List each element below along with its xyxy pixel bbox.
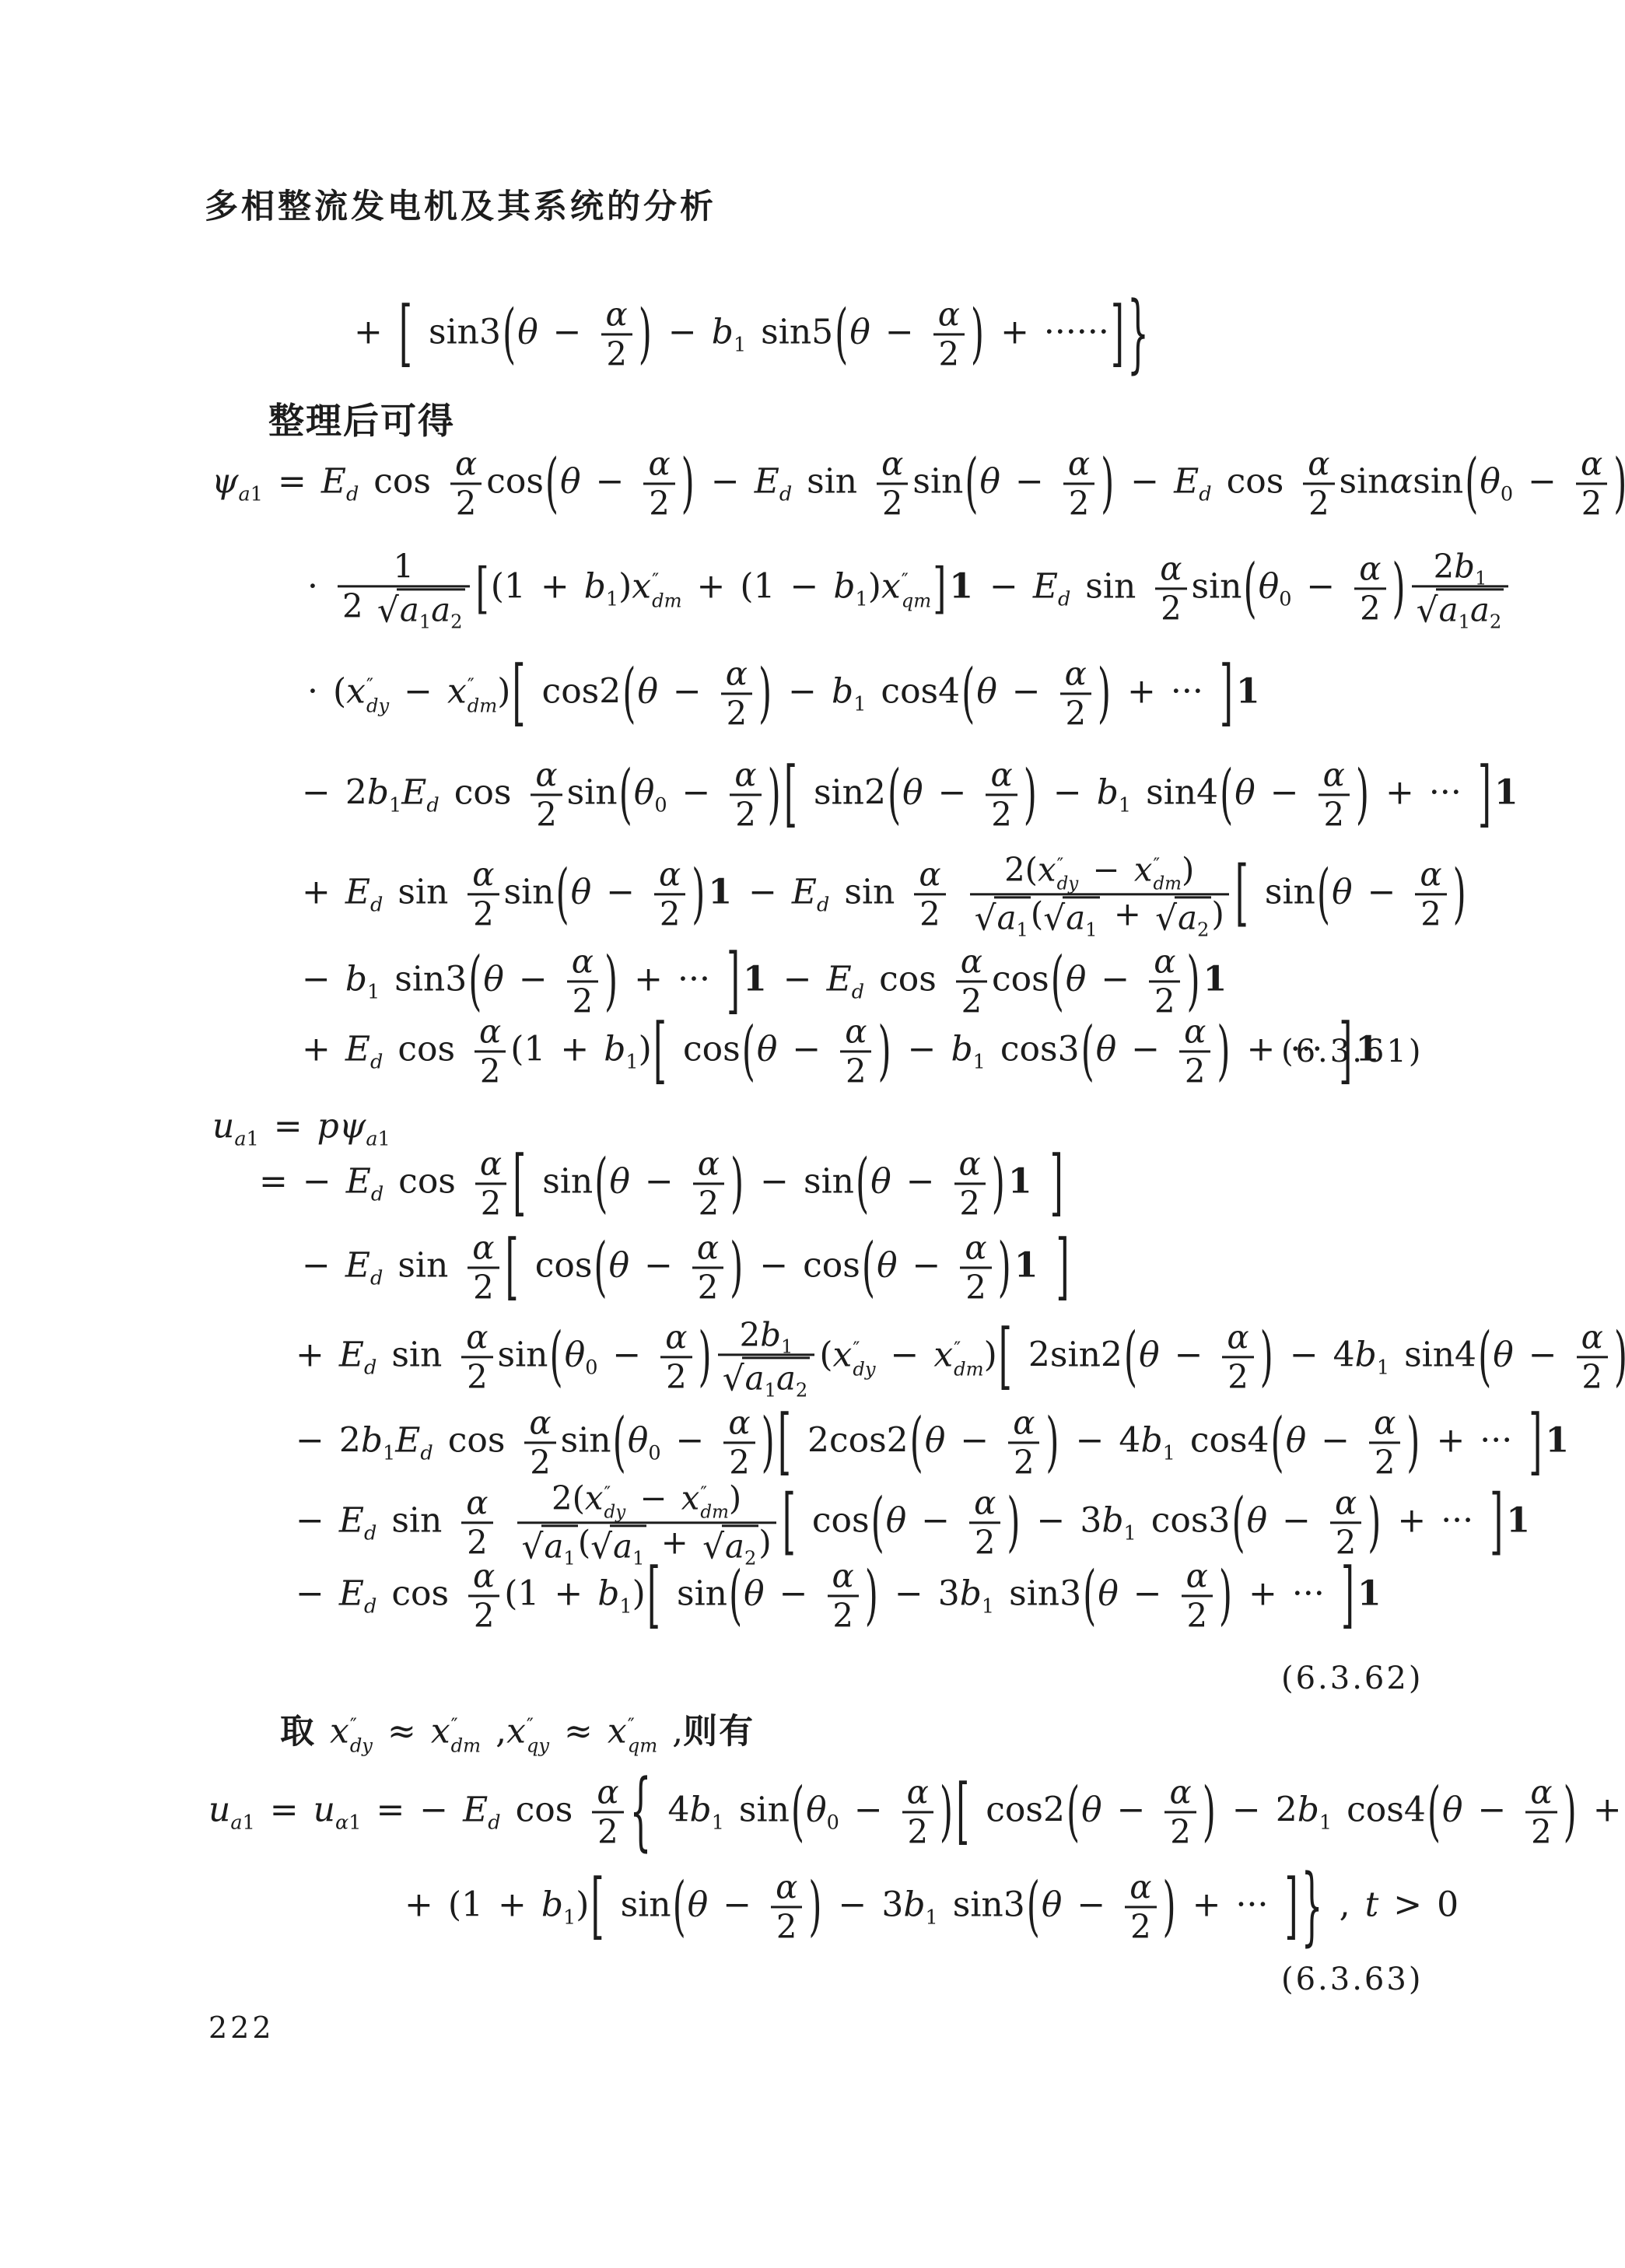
subscript: 1 xyxy=(606,587,618,611)
numerator: α xyxy=(1125,1868,1156,1906)
subscript: d xyxy=(371,1182,383,1206)
math-text: · xyxy=(307,567,333,607)
math-variable: b xyxy=(604,1030,625,1069)
math-text: cos xyxy=(486,462,544,502)
page-number: 222 xyxy=(208,2011,275,2045)
math-text: sin xyxy=(724,1790,790,1830)
subscript: 1 xyxy=(1085,919,1097,941)
subscript: dy xyxy=(604,1503,626,1521)
subscript: dm xyxy=(700,1503,729,1521)
math-text: cos xyxy=(376,1574,464,1614)
denominator: 2 xyxy=(1125,1906,1156,1946)
denominator: 2 xyxy=(461,1522,492,1562)
delimiter: ( xyxy=(501,302,517,367)
delimiter: ) xyxy=(1366,1490,1382,1556)
math-text: 2 xyxy=(1130,1908,1151,1946)
denominator: 2 xyxy=(1063,483,1094,523)
math-text: = xyxy=(255,1790,313,1830)
double-prime: ″ xyxy=(902,572,931,591)
math-variable: E xyxy=(345,1030,370,1069)
math-text: sin xyxy=(606,1885,671,1925)
math-variable: E xyxy=(345,1246,370,1286)
math-text: > 0 xyxy=(1378,1885,1459,1925)
math-variable: θ xyxy=(609,1246,630,1286)
denominator: 2 xyxy=(692,1267,723,1307)
math-text: 2 xyxy=(735,796,756,834)
denominator: 2 xyxy=(592,1811,623,1851)
fraction: α2 xyxy=(1319,756,1350,833)
math-text: 2 xyxy=(907,1813,928,1851)
math-text: cos xyxy=(668,1030,741,1069)
denominator: 2 xyxy=(475,1051,506,1090)
math-text: − xyxy=(591,873,650,912)
math-variable: α xyxy=(845,1012,867,1050)
denominator: 2 xyxy=(468,1267,499,1307)
delimiter: ( xyxy=(1242,556,1259,621)
numerator: α xyxy=(475,1145,506,1182)
fraction: α2 xyxy=(960,1229,991,1306)
math-text: − xyxy=(765,1574,823,1614)
math-variable: b xyxy=(690,1790,712,1830)
numerator: α xyxy=(531,756,562,793)
math-variable: θ xyxy=(877,1246,898,1286)
math-variable: α xyxy=(965,1228,986,1266)
math-text: sin xyxy=(662,1574,727,1614)
math-variable: θ xyxy=(806,1790,827,1830)
math-text: − xyxy=(891,1162,950,1202)
numerator: α xyxy=(468,856,499,893)
unit-step-one: 1 xyxy=(1543,1421,1571,1461)
math-text: 2 xyxy=(649,485,670,523)
running-head: 多相整流发电机及其系统的分析 xyxy=(205,180,716,228)
delimiter: ( xyxy=(592,1235,608,1300)
delimiter: ] xyxy=(931,562,947,616)
fraction: α2 xyxy=(933,296,965,373)
math-text: ≈ xyxy=(373,1711,431,1751)
fraction: α2 xyxy=(524,1404,555,1481)
math-variable: θ xyxy=(1332,873,1353,912)
subscript: d xyxy=(817,893,829,916)
radicand: a1a2 xyxy=(1436,588,1504,628)
math-variable: α xyxy=(648,444,670,482)
numerator: 2b1 xyxy=(718,1316,815,1353)
math-text: − xyxy=(667,773,726,813)
equation-u-a1-line-2: = − Ed cos α2[ sin(θ − α2) − sin(θ − α2)… xyxy=(259,1145,1065,1222)
delimiter: ( xyxy=(1049,949,1066,1014)
subscript: 1 xyxy=(619,1594,632,1618)
math-text: ) xyxy=(984,1335,997,1375)
math-text: (1 + xyxy=(491,567,584,607)
delimiter: ( xyxy=(593,1151,609,1216)
denominator: 2 xyxy=(1222,1356,1253,1396)
math-variable: α xyxy=(1169,1773,1191,1811)
delimiter: ) xyxy=(690,862,706,927)
math-variable: ψ xyxy=(212,462,239,502)
radical: √a1 xyxy=(975,896,1031,937)
math-text: − xyxy=(538,313,597,352)
math-text: cos xyxy=(520,1246,593,1286)
math-variable: α xyxy=(480,1144,502,1182)
subscript: 1 xyxy=(1163,1441,1175,1465)
subscript: qy xyxy=(527,1736,549,1755)
math-text: 2 xyxy=(740,1315,761,1353)
numerator: α xyxy=(1008,1404,1039,1441)
numerator: α xyxy=(730,756,761,793)
math-text: − xyxy=(975,567,1033,607)
subscript: 1 xyxy=(1475,567,1487,590)
fraction: α2 xyxy=(1369,1404,1400,1481)
double-prime: ″ xyxy=(652,572,681,591)
double-prime: ″ xyxy=(700,1484,729,1503)
math-variable: α xyxy=(938,295,960,333)
fraction: α2 xyxy=(877,445,908,522)
subscript: d xyxy=(1058,587,1070,611)
math-variable: b xyxy=(345,960,367,999)
denominator: 2 xyxy=(660,1356,692,1396)
denominator: 2 xyxy=(1060,693,1091,733)
subscript: 1 xyxy=(1124,1521,1136,1545)
numerator: α xyxy=(771,1868,802,1906)
denominator: 2 xyxy=(461,1356,492,1396)
delimiter: ( xyxy=(1230,1490,1246,1556)
equation-psi-a1-line-6: − b1 sin3(θ − α2) + ··· ]1 − Ed cos α2co… xyxy=(302,943,1228,1020)
math-variable: E xyxy=(792,873,817,912)
delimiter: ) xyxy=(728,1235,744,1300)
math-variable: α xyxy=(1359,549,1381,587)
math-text: 2 xyxy=(467,1524,488,1562)
math-text: cos2 xyxy=(971,1790,1065,1830)
delimiter: ) xyxy=(807,1874,823,1940)
equation-psi-a1-line-1: ψa1 = Ed cos α2cos(θ − α2) − Ed sin α2si… xyxy=(212,445,1625,522)
subscript: 1 xyxy=(419,611,431,633)
math-text: ) xyxy=(576,1885,589,1925)
math-variable: E xyxy=(339,1501,364,1541)
math-text: + ··· xyxy=(1178,1885,1284,1925)
denominator: 2 xyxy=(1155,588,1186,628)
fraction: α2 xyxy=(1155,550,1186,627)
math-text: sin xyxy=(383,1246,463,1286)
math-text: 2sin2 xyxy=(1014,1335,1122,1375)
subscript: 1 xyxy=(1016,919,1028,941)
math-text: − xyxy=(945,1421,1003,1461)
math-variable: θ xyxy=(744,1574,765,1614)
math-variable: b xyxy=(597,1574,619,1614)
numerator: α xyxy=(461,1484,492,1521)
math-text: 2 xyxy=(965,1269,986,1307)
delimiter: ) xyxy=(1391,556,1407,621)
numerator: α xyxy=(914,856,945,893)
math-variable: p xyxy=(317,1107,339,1146)
math-text: cos4 xyxy=(866,672,960,712)
unit-step-one: 1 xyxy=(1235,672,1262,712)
math-variable-x-double-prime: x″dm xyxy=(447,670,497,716)
denominator: 2 xyxy=(723,1442,755,1482)
math-variable: b xyxy=(1101,1501,1123,1541)
subscript: 2 xyxy=(450,611,462,633)
delimiter: ) xyxy=(1217,1563,1234,1629)
math-variable: E xyxy=(346,1162,371,1202)
math-text: , xyxy=(1325,1885,1365,1925)
math-variable: b xyxy=(903,1885,925,1925)
denominator: 2 xyxy=(954,1183,986,1223)
numerator: α xyxy=(1155,550,1186,587)
math-text: − xyxy=(1353,873,1411,912)
math-variable: θ xyxy=(609,1162,630,1202)
subscript: d xyxy=(426,793,439,817)
subscript: d xyxy=(852,980,864,1003)
numerator: α xyxy=(1576,445,1607,482)
math-text: − xyxy=(1116,1030,1175,1069)
math-variable: α xyxy=(832,1556,854,1594)
delimiter: ) xyxy=(996,1235,1013,1300)
math-variable: t xyxy=(1365,1885,1379,1925)
math-text: − xyxy=(1267,1501,1326,1541)
numerator: α xyxy=(1330,1484,1361,1521)
subscript: dm xyxy=(468,696,497,716)
fraction: α2 xyxy=(601,296,632,373)
fraction: α2 xyxy=(1164,1773,1196,1850)
subscript: 1 xyxy=(856,587,868,611)
delimiter: ( xyxy=(1476,1325,1493,1390)
math-text: − xyxy=(898,1246,956,1286)
math-text: + ··· xyxy=(1112,672,1218,712)
math-variable-x-double-prime: x″dm xyxy=(632,565,681,611)
math-text: + ··· xyxy=(619,960,725,999)
subscript: 1 xyxy=(982,1594,994,1618)
subscript: 1 xyxy=(765,1379,776,1402)
math-text: , xyxy=(657,1711,683,1751)
math-text xyxy=(1034,1162,1049,1202)
numerator: α xyxy=(660,1318,692,1356)
math-text: sin xyxy=(567,773,618,813)
subscript: 1 xyxy=(1459,611,1470,633)
denominator: √a1(√a1 + √a2) xyxy=(970,893,1229,937)
math-variable: E xyxy=(339,1335,364,1375)
subscript: d xyxy=(370,1050,383,1073)
radical-sign: √ xyxy=(1417,591,1438,630)
delimiter: ] xyxy=(1283,1871,1299,1943)
fraction: α2 xyxy=(730,756,761,833)
math-text: sin xyxy=(376,1501,457,1541)
subscript: dy xyxy=(853,1360,875,1379)
math-variable: α xyxy=(959,1144,981,1182)
numerator: α xyxy=(468,1229,499,1266)
subscript: qm xyxy=(902,591,931,611)
fraction: α2 xyxy=(643,445,674,522)
math-variable: α xyxy=(734,755,756,793)
math-variable: α xyxy=(1581,444,1602,482)
fraction: α2 xyxy=(475,1013,506,1090)
unit-step-one: 1 xyxy=(1202,960,1229,999)
math-text: − xyxy=(1160,1335,1218,1375)
denominator: 2 xyxy=(986,794,1017,834)
math-text: 2cos2 xyxy=(793,1421,909,1461)
math-text: sin xyxy=(527,1162,593,1202)
math-text: 2 xyxy=(991,796,1012,834)
numerator: α xyxy=(828,1557,859,1594)
delimiter: ) xyxy=(697,1325,713,1390)
math-variable: a xyxy=(1178,898,1197,936)
denominator: 2 xyxy=(1577,1356,1608,1396)
math-text: − xyxy=(302,960,345,999)
delimiter: [ xyxy=(776,1407,793,1479)
math-variable: θ xyxy=(870,1162,891,1202)
math-variable: θ xyxy=(637,672,658,712)
math-text: 4 xyxy=(653,1790,690,1830)
math-text: sin xyxy=(504,873,555,912)
math-variable-x-double-prime: x″dm xyxy=(681,1479,729,1521)
denominator: 2 xyxy=(730,794,761,834)
math-text: sin xyxy=(1250,873,1315,912)
math-variable: α xyxy=(479,1012,501,1050)
denominator: 2 xyxy=(693,1183,724,1223)
math-text: sin xyxy=(1192,567,1242,607)
math-variable: α xyxy=(728,1403,750,1441)
unit-step-one: 1 xyxy=(706,873,734,912)
math-variable: α xyxy=(665,1318,687,1356)
subscript: 2 xyxy=(1490,611,1501,633)
subscript: a1 xyxy=(230,1811,254,1834)
math-text: 2 xyxy=(1375,1444,1396,1482)
math-text: 2 xyxy=(480,1052,501,1090)
delimiter: ) xyxy=(1022,762,1038,828)
fraction: α2 xyxy=(660,1318,692,1395)
math-text: − xyxy=(906,1501,965,1541)
math-variable: α xyxy=(1390,462,1413,502)
delimiter: ) xyxy=(969,302,986,367)
subscript: dm xyxy=(652,591,681,611)
math-variable: θ xyxy=(1480,462,1501,502)
denominator: 2 xyxy=(721,693,752,733)
radical: √a1a2 xyxy=(377,588,465,629)
math-text: sin3 xyxy=(414,313,501,352)
delimiter: ] xyxy=(1527,1407,1543,1479)
math-variable: θ xyxy=(1066,960,1087,999)
math-variable: b xyxy=(584,567,606,607)
math-text: − xyxy=(1000,462,1059,502)
math-text: − xyxy=(769,960,827,999)
radical: √a1a2 xyxy=(1417,588,1504,629)
fraction: 2b1√a1a2 xyxy=(718,1316,815,1398)
math-text: cos xyxy=(992,960,1049,999)
numerator: α xyxy=(1060,655,1091,692)
delimiter: [ xyxy=(510,658,527,730)
subscript: d xyxy=(779,482,792,506)
math-text: 2 xyxy=(727,695,748,733)
delimiter: ( xyxy=(741,1019,757,1084)
math-variable: α xyxy=(907,1773,929,1811)
equation-psi-a1-line-7: + Ed cos α2(1 + b1)[ cos(θ − α2) − b1 co… xyxy=(302,1013,1381,1090)
math-text: cos xyxy=(1212,462,1299,502)
delimiter: ( xyxy=(960,661,976,726)
math-variable: u xyxy=(313,1790,335,1830)
delimiter: [ xyxy=(511,1148,527,1220)
math-text: = − xyxy=(361,1790,463,1830)
math-variable: α xyxy=(466,1318,488,1356)
delimiter: ) xyxy=(1161,1874,1178,1940)
denominator: 2 xyxy=(1354,588,1385,628)
delimiter: ( xyxy=(618,762,634,828)
math-variable: b xyxy=(1454,547,1475,585)
math-variable: b xyxy=(832,672,853,712)
math-text: + xyxy=(1100,894,1156,933)
numerator: α xyxy=(721,655,752,692)
numerator: α xyxy=(986,756,1017,793)
math-text: sin xyxy=(1340,462,1390,502)
delimiter: ) xyxy=(603,949,619,1014)
math-text: sin xyxy=(383,873,463,912)
double-prime: ″ xyxy=(468,677,497,696)
math-variable: θ xyxy=(1042,1885,1063,1925)
delimiter: ( xyxy=(1463,451,1480,516)
math-text xyxy=(498,1501,513,1541)
fraction: α2 xyxy=(1179,1013,1210,1090)
subscript: 0 xyxy=(648,1441,660,1465)
math-text: 2 xyxy=(473,895,494,933)
delimiter: ( xyxy=(1081,1563,1098,1629)
math-text: 2 xyxy=(606,335,627,373)
math-text: 2 xyxy=(597,1813,618,1851)
math-text: sin xyxy=(561,1421,611,1461)
subscript: dy xyxy=(366,696,389,716)
math-variable: b xyxy=(1298,1790,1319,1830)
math-text: cos xyxy=(383,1162,471,1202)
delimiter: ( xyxy=(548,1325,565,1390)
delimiter: ( xyxy=(1122,1325,1139,1390)
math-text: 2 xyxy=(1420,895,1441,933)
math-variable: b xyxy=(1140,1421,1162,1461)
math-text: − xyxy=(923,773,982,813)
fraction: α2 xyxy=(468,856,499,933)
math-text: 2 xyxy=(467,1358,488,1396)
denominator: 2 xyxy=(531,794,562,834)
math-text: − xyxy=(1102,1790,1161,1830)
denominator: 2 xyxy=(1303,483,1334,523)
denominator: 2 xyxy=(828,1595,859,1635)
double-prime: ″ xyxy=(954,1340,983,1360)
math-variable: α xyxy=(698,1144,720,1182)
math-variable: E xyxy=(401,773,426,813)
math-variable: θ xyxy=(1235,773,1256,813)
math-text: − xyxy=(1256,773,1314,813)
equation-number-6-3-63: (6.3.63) xyxy=(1281,1962,1423,1997)
math-text: 2 xyxy=(1434,547,1455,585)
delimiter: ( xyxy=(833,302,849,367)
math-variable: E xyxy=(395,1421,420,1461)
math-text: − 2 xyxy=(1217,1790,1298,1830)
math-text: 2 xyxy=(882,485,903,523)
math-text: − sin xyxy=(745,1162,854,1202)
math-variable: θ xyxy=(517,313,538,352)
delimiter: ( xyxy=(671,1874,688,1940)
subscript: α1 xyxy=(335,1811,361,1834)
math-text: + ··· xyxy=(1382,1501,1488,1541)
numerator: α xyxy=(1354,550,1385,587)
delimiter: [ xyxy=(646,1560,662,1632)
unit-step-one: 1 xyxy=(947,567,975,607)
math-variable: θ xyxy=(886,1501,907,1541)
delimiter: [ xyxy=(475,562,491,616)
subscript: 1 xyxy=(1377,1356,1389,1379)
subscript: 0 xyxy=(585,1356,597,1379)
double-prime: ″ xyxy=(1057,856,1079,874)
math-variable-x-double-prime: x″dm xyxy=(431,1710,481,1755)
denominator: 2 xyxy=(1319,794,1350,834)
denominator: √a1a2 xyxy=(718,1353,815,1398)
subscript: a1 xyxy=(239,482,263,506)
numerator: α xyxy=(933,296,965,333)
delimiter: [ xyxy=(589,1871,605,1943)
